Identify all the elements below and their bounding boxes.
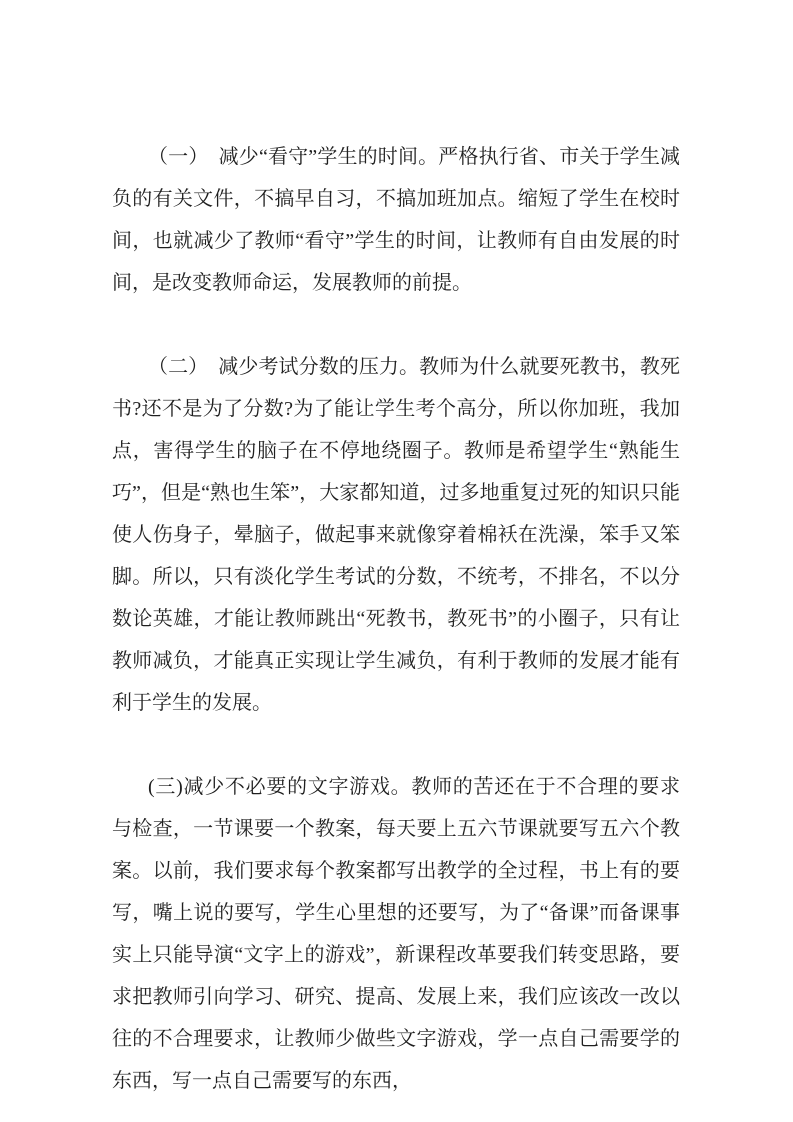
paragraph-1-reduce-supervision-time: （一） 减少“看守”学生的时间。严格执行省、市关于学生减负的有关文件，不搞早自习… (112, 136, 680, 304)
paragraph-2-reduce-exam-score-pressure: （二） 减少考试分数的压力。教师为什么就要死教书，教死书?还不是为了分数?为了能… (112, 346, 680, 724)
paragraph-3-reduce-word-games: (三)减少不必要的文字游戏。教师的苦还在于不合理的要求与检查，一节课要一个教案，… (112, 766, 680, 1102)
document-page: （一） 减少“看守”学生的时间。严格执行省、市关于学生减负的有关文件，不搞早自习… (0, 0, 793, 1122)
